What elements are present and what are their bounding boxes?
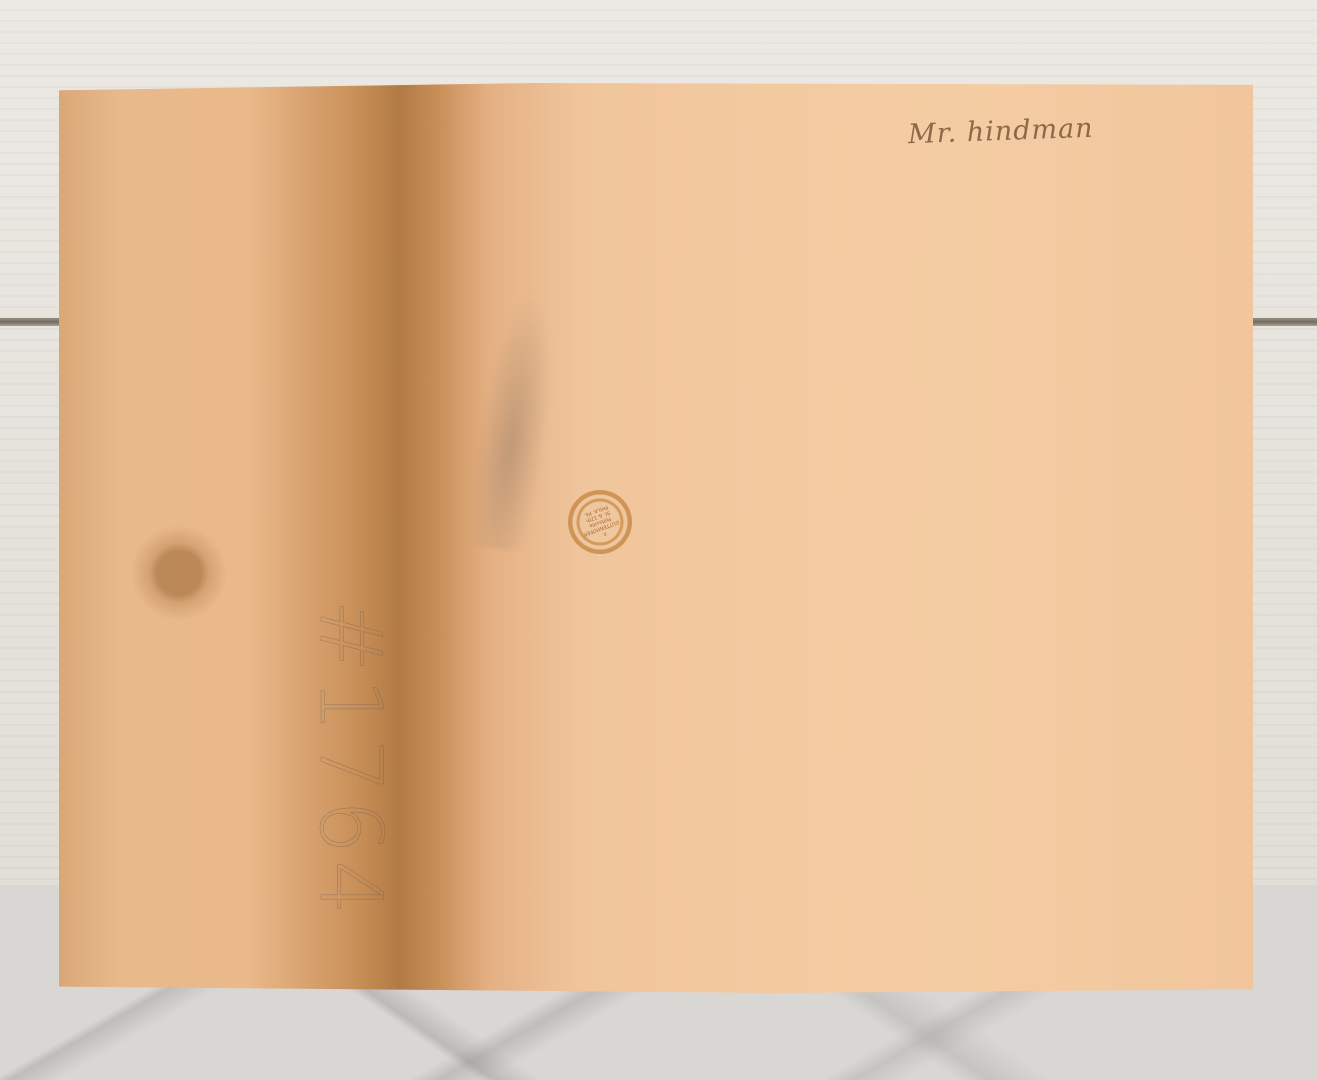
pencil-inventory-number: #1764 bbox=[300, 600, 400, 921]
stamp-text: F. DUTTENHOFER Pottsville St. & 12th PHI… bbox=[578, 502, 622, 543]
handwritten-inscription: Mr. hindman bbox=[908, 113, 1095, 150]
paper-sheet bbox=[59, 83, 1253, 993]
circular-embossed-stamp: F. DUTTENHOFER Pottsville St. & 12th PHI… bbox=[568, 490, 632, 554]
